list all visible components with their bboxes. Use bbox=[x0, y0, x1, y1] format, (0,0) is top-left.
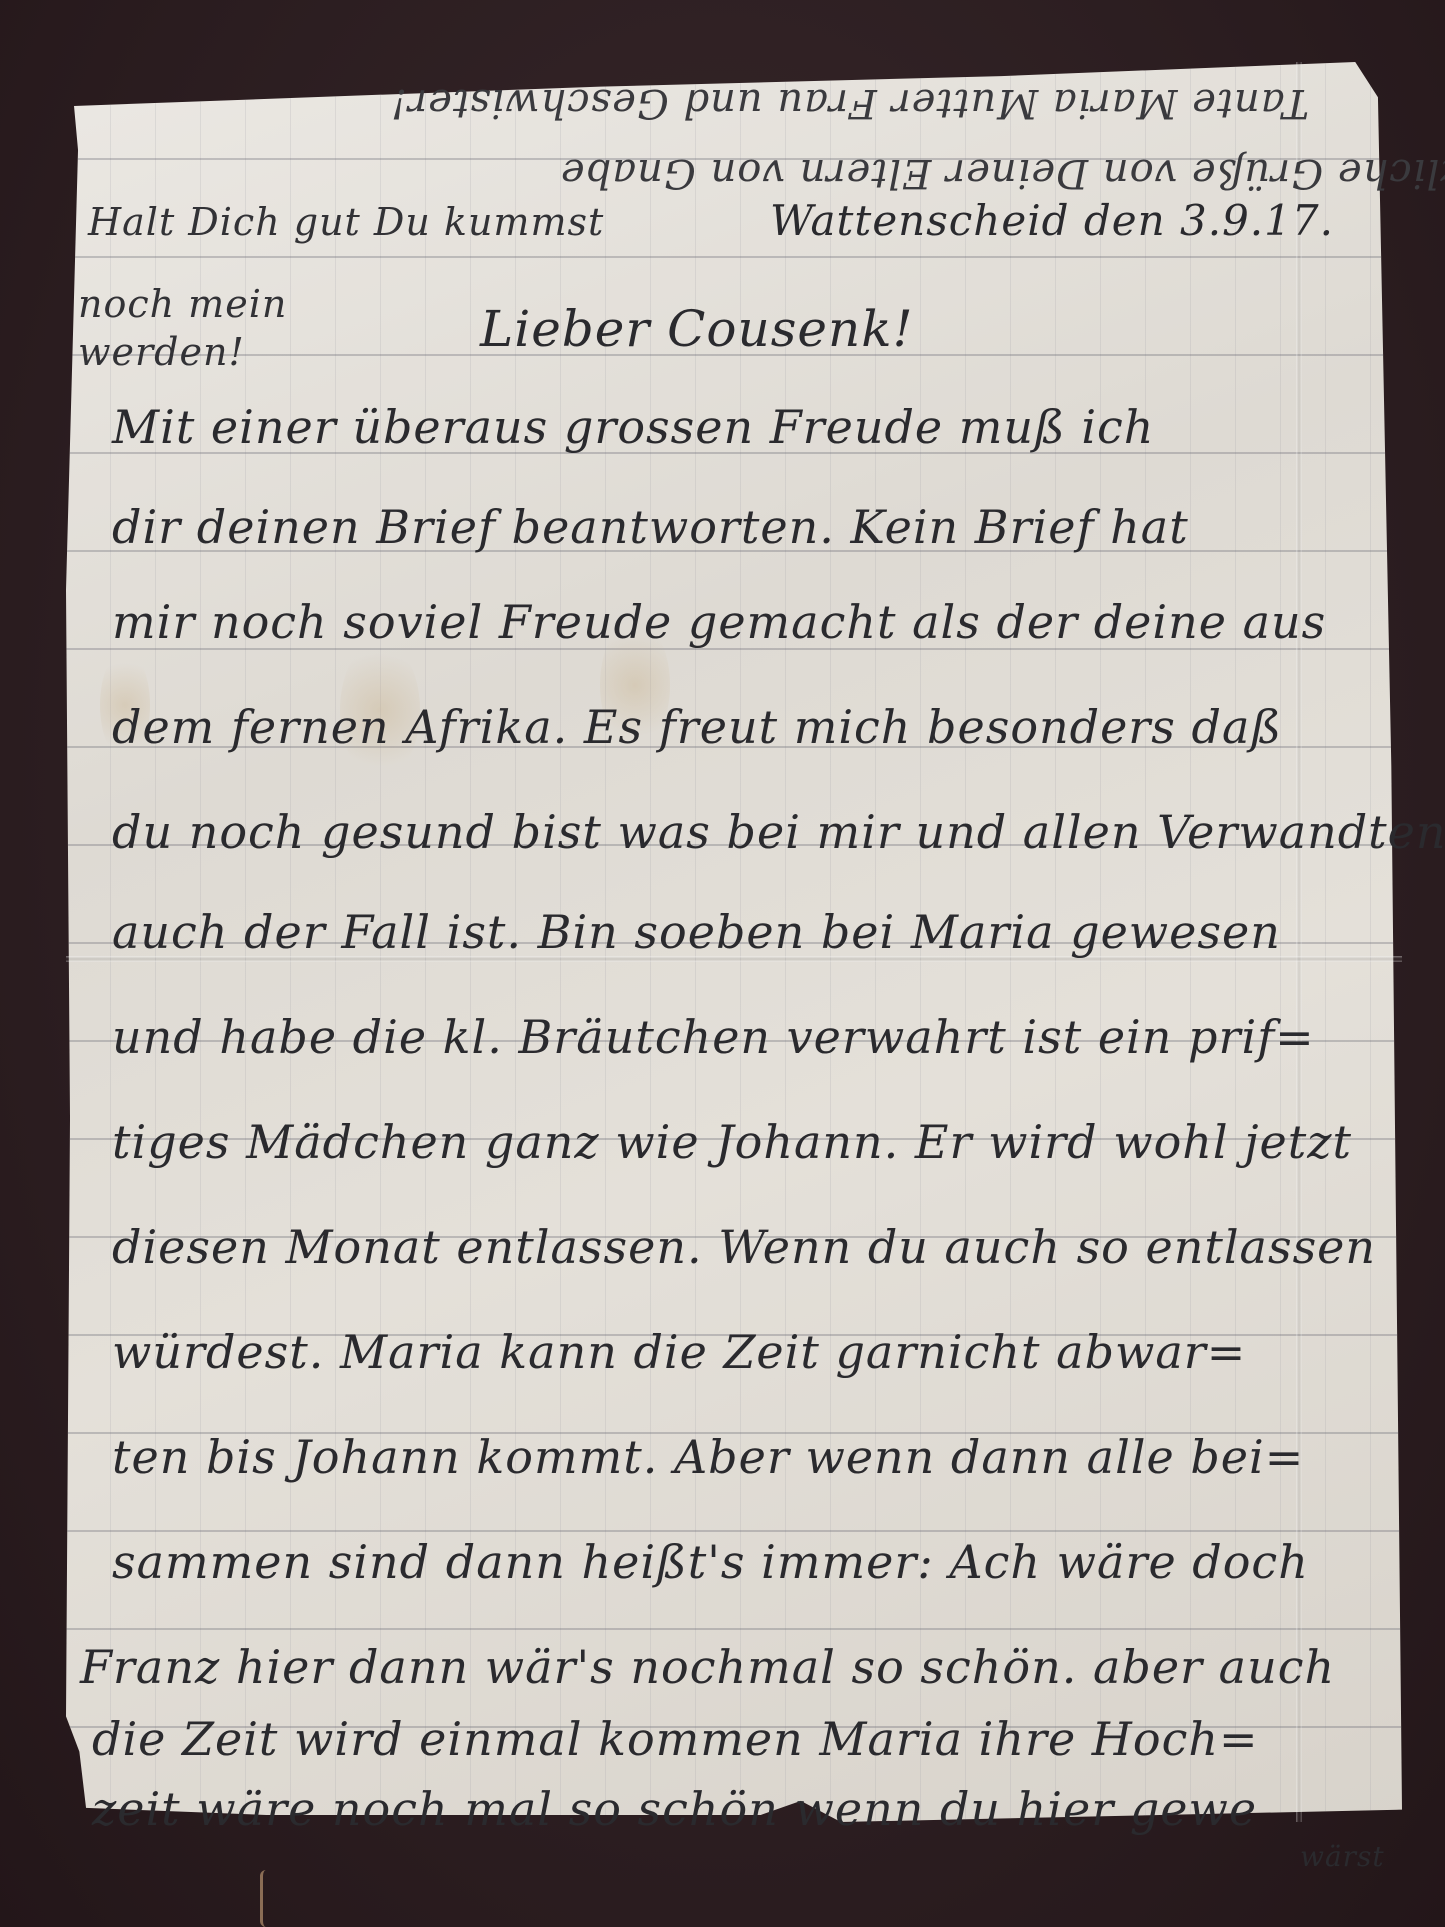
body-line-12: sammen sind dann heißt's immer: Ach wäre… bbox=[112, 1535, 1309, 1589]
body-line-10: würdest. Maria kann die Zeit garnicht ab… bbox=[112, 1325, 1246, 1379]
margin-note-line-1: Halt Dich gut Du kummst bbox=[88, 200, 604, 244]
body-line-2: dir deinen Brief beantworten. Kein Brief… bbox=[112, 500, 1189, 554]
margin-note-line-3: werden! bbox=[78, 330, 245, 374]
body-line-4: dem fernen Afrika. Es freut mich besonde… bbox=[112, 700, 1282, 754]
place-date: Wattenscheid den 3.9.17. bbox=[770, 196, 1334, 245]
body-line-3: mir noch soviel Freude gemacht als der d… bbox=[112, 595, 1326, 649]
ribbon-stem-decoration bbox=[260, 1870, 275, 1927]
body-line-7: und habe die kl. Bräutchen verwahrt ist … bbox=[112, 1010, 1315, 1064]
body-line-13: Franz hier dann wär's nochmal so schön. … bbox=[80, 1640, 1335, 1694]
body-line-9: diesen Monat entlassen. Wenn du auch so … bbox=[112, 1220, 1376, 1274]
body-line-14: die Zeit wird einmal kommen Maria ihre H… bbox=[92, 1712, 1259, 1766]
body-line-11: ten bis Johann kommt. Aber wenn dann all… bbox=[112, 1430, 1304, 1484]
margin-note-line-2: noch mein bbox=[78, 282, 287, 326]
body-line-8: tiges Mädchen ganz wie Johann. Er wird w… bbox=[112, 1115, 1352, 1169]
postscript-upside-down-line-1: Herzliche Grüße von Deiner Eltern von Gn… bbox=[560, 150, 1445, 196]
body-line-5: du noch gesund bist was bei mir und alle… bbox=[112, 805, 1445, 859]
body-line-6: auch der Fall ist. Bin soeben bei Maria … bbox=[112, 905, 1281, 959]
final-word-below: wärst bbox=[1300, 1840, 1385, 1873]
body-line-1: Mit einer überaus grossen Freude muß ich bbox=[112, 400, 1154, 454]
salutation: Lieber Cousenk! bbox=[480, 300, 914, 358]
body-line-15: zeit wäre noch mal so schön wenn du hier… bbox=[92, 1782, 1257, 1836]
postscript-upside-down-line-2: Tante Maria Mutter Frau und Geschwister! bbox=[390, 80, 1309, 126]
